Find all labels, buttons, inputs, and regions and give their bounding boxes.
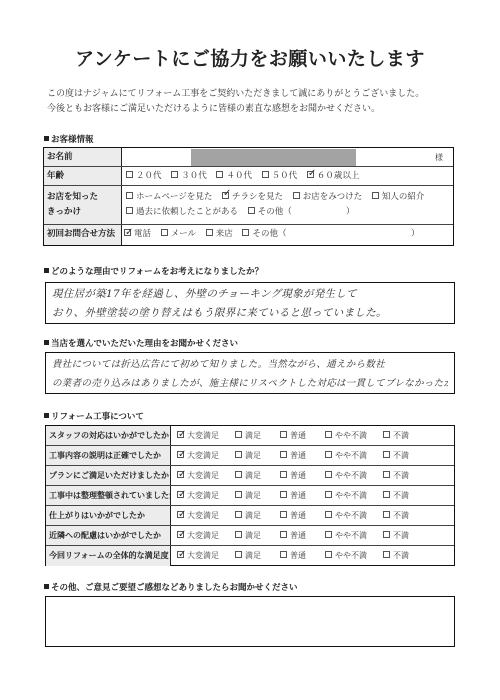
checkbox-icon[interactable] — [280, 511, 287, 518]
rating-option[interactable]: 大変満足 — [177, 446, 219, 465]
rating-row: プランにご満足いただけましたか大変満足満足普通やや不満不満 — [46, 466, 454, 486]
rating-option[interactable]: やや不満 — [325, 466, 367, 485]
checkbox-icon[interactable] — [383, 431, 390, 438]
checkbox-icon[interactable] — [383, 491, 390, 498]
rating-question: スタッフの対応はいかがでしたか — [46, 426, 171, 445]
comments-textarea[interactable] — [45, 596, 455, 647]
intro-text: この度はナジャムにてリフォーム工事をご契約いただきまして誠にありがとうございまし… — [47, 87, 424, 117]
source-label: お店を知った きっかけ — [44, 186, 122, 224]
rating-option-label: 大変満足 — [187, 551, 219, 560]
redacted-name — [191, 149, 356, 166]
rating-options: 大変満足満足普通やや不満不満 — [177, 446, 454, 465]
checkbox-icon[interactable] — [126, 207, 133, 214]
source-row: お店を知った きっかけ ホームページを見た チラシを見た お店をみつけた 知人の… — [44, 186, 453, 225]
age-option-30s[interactable]: ３０代 — [171, 167, 207, 185]
rating-option[interactable]: 大変満足 — [177, 526, 219, 545]
rating-row: スタッフの対応はいかがでしたか大変満足満足普通やや不満不満 — [46, 426, 454, 446]
reform-heading: リフォーム工事について — [44, 410, 144, 422]
rating-option[interactable]: 不満 — [383, 466, 409, 485]
intro-line-2: 今後ともお客様にご満足いただけるように皆様の素直な感想をお聞かせください。 — [47, 102, 424, 117]
source-options-line-2: 過去に依頼したことがある その他（ ） — [126, 205, 449, 220]
rating-option[interactable]: やや不満 — [325, 426, 367, 445]
checkbox-icon[interactable] — [216, 171, 223, 178]
rating-option-label: 不満 — [393, 431, 409, 440]
checkbox-icon[interactable] — [235, 531, 242, 538]
rating-options: 大変満足満足普通やや不満不満 — [177, 466, 454, 485]
checkbox-checked-icon[interactable] — [177, 551, 184, 558]
rating-option[interactable]: やや不満 — [325, 526, 367, 545]
rating-option[interactable]: 普通 — [280, 526, 306, 545]
survey-title: アンケートにご協力をお願いいたします — [0, 44, 500, 71]
intro-line-1: この度はナジャムにてリフォーム工事をご契約いただきまして誠にありがとうございまし… — [47, 87, 424, 102]
rating-row: 工事内容の説明は正確でしたか大変満足満足普通やや不満不満 — [46, 446, 454, 466]
name-row: お名前 様 — [44, 148, 453, 167]
checkbox-icon[interactable] — [372, 192, 379, 199]
rating-option-label: 不満 — [393, 511, 409, 520]
square-bullet-icon — [44, 268, 49, 273]
rating-option-label: 満足 — [245, 431, 261, 440]
rating-option[interactable]: 満足 — [235, 466, 261, 485]
source-options-line-1: ホームページを見た チラシを見た お店をみつけた 知人の紹介 — [126, 190, 449, 205]
customer-info-heading-text: お客様情報 — [51, 135, 94, 145]
square-bullet-icon — [44, 584, 49, 589]
age-label: 年齢 — [44, 167, 122, 185]
contact-option-other[interactable]: その他（ — [242, 225, 286, 244]
checkbox-icon[interactable] — [235, 471, 242, 478]
checkbox-icon[interactable] — [325, 531, 332, 538]
checkbox-icon[interactable] — [293, 192, 300, 199]
checkbox-icon[interactable] — [280, 531, 287, 538]
rating-option[interactable]: 満足 — [235, 506, 261, 525]
checkbox-checked-icon[interactable] — [177, 531, 184, 538]
age-option-60plus[interactable]: ６０歳以上 — [307, 167, 360, 185]
rating-option-label: 大変満足 — [187, 431, 219, 440]
reason-answer-box[interactable]: 現住居が築17年を経過し、外壁のチョーキング現象が発生して おり、外壁塗装の塗り… — [45, 282, 455, 324]
rating-option[interactable]: 普通 — [280, 446, 306, 465]
checkbox-icon[interactable] — [325, 551, 332, 558]
rating-option-label: 不満 — [393, 471, 409, 480]
source-option-other[interactable]: その他（ — [248, 205, 292, 220]
source-label-line-2: きっかけ — [47, 205, 121, 220]
rating-option[interactable]: 満足 — [235, 526, 261, 545]
rating-option[interactable]: 普通 — [280, 546, 306, 565]
checkbox-icon[interactable] — [262, 171, 269, 178]
choice-answer-box[interactable]: 貴社については折込広告にて初めて知りました。当然ながら、通えから数社 の業者の売… — [45, 352, 455, 394]
checkbox-checked-icon[interactable] — [177, 471, 184, 478]
rating-option-label: 満足 — [245, 471, 261, 480]
checkbox-icon[interactable] — [235, 491, 242, 498]
checkbox-icon[interactable] — [280, 431, 287, 438]
rating-option-label: やや不満 — [335, 491, 367, 500]
rating-option-label: 大変満足 — [187, 471, 219, 480]
rating-option[interactable]: 満足 — [235, 546, 261, 565]
rating-option[interactable]: やや不満 — [325, 506, 367, 525]
rating-option-label: 普通 — [290, 471, 306, 480]
reform-heading-text: リフォーム工事について — [51, 412, 144, 422]
rating-row: 今回リフォームの全体的な満足度大変満足満足普通やや不満不満 — [46, 546, 454, 566]
rating-option[interactable]: 満足 — [235, 486, 261, 505]
rating-option[interactable]: 満足 — [235, 426, 261, 445]
choice-answer-line-1: 貴社については折込広告にて初めて知りました。当然ながら、通えから数社 — [52, 355, 448, 374]
square-bullet-icon — [44, 340, 49, 345]
age-option-50s[interactable]: ５０代 — [262, 167, 298, 185]
rating-option-label: 満足 — [245, 551, 261, 560]
checkbox-icon[interactable] — [161, 229, 168, 236]
rating-question: 工事内容の説明は正確でしたか — [46, 446, 171, 465]
rating-option-label: 大変満足 — [187, 451, 219, 460]
checkbox-checked-icon[interactable] — [177, 451, 184, 458]
rating-option[interactable]: 不満 — [383, 506, 409, 525]
checkbox-icon[interactable] — [248, 207, 255, 214]
checkbox-checked-icon[interactable] — [222, 192, 229, 199]
rating-question: 近隣への配慮はいかがでしたか — [46, 526, 171, 545]
rating-option[interactable]: 不満 — [383, 486, 409, 505]
checkbox-icon[interactable] — [383, 511, 390, 518]
customer-info-heading: お客様情報 — [44, 133, 94, 145]
rating-option-label: 普通 — [290, 451, 306, 460]
checkbox-icon[interactable] — [383, 551, 390, 558]
rating-option-label: やや不満 — [335, 551, 367, 560]
checkbox-checked-icon[interactable] — [177, 431, 184, 438]
rating-option-label: 大変満足 — [187, 531, 219, 540]
rating-option-label: 普通 — [290, 511, 306, 520]
rating-option[interactable]: やや不満 — [325, 546, 367, 565]
rating-row: 仕上がりはいかがでしたか大変満足満足普通やや不満不満 — [46, 506, 454, 526]
choice-heading: 当店を選んでいただいた理由をお聞かせください — [44, 337, 238, 349]
reason-heading: どのような理由でリフォームをお考えになりましたか？ — [44, 265, 263, 277]
checkbox-icon[interactable] — [325, 491, 332, 498]
checkbox-icon[interactable] — [383, 531, 390, 538]
rating-option-label: 普通 — [290, 551, 306, 560]
contact-options: 電話 メール 来店 その他（ ） — [124, 225, 449, 245]
source-option-referral[interactable]: 知人の紹介 — [372, 190, 425, 205]
square-bullet-icon — [44, 413, 49, 418]
source-option-found-store[interactable]: お店をみつけた — [293, 190, 362, 205]
rating-option-label: 満足 — [245, 491, 261, 500]
rating-option-label: 大変満足 — [187, 491, 219, 500]
rating-option[interactable]: やや不満 — [325, 486, 367, 505]
name-field[interactable]: 様 — [126, 148, 449, 166]
reason-answer-line-1: 現住居が築17年を経過し、外壁のチョーキング現象が発生して — [52, 285, 448, 304]
comments-heading-text: その他、ご意見ご要望ご感想などありましたらお聞かせください — [51, 583, 298, 593]
reason-answer-line-2: おり、外壁塗装の塗り替えはもう限界に来ていると思っていました。 — [52, 304, 448, 323]
rating-option-label: 満足 — [245, 531, 261, 540]
name-label: お名前 — [44, 148, 122, 166]
rating-option-label: 普通 — [290, 491, 306, 500]
rating-option[interactable]: 大変満足 — [177, 466, 219, 485]
checkbox-checked-icon[interactable] — [177, 511, 184, 518]
checkbox-icon[interactable] — [280, 491, 287, 498]
source-options: ホームページを見た チラシを見た お店をみつけた 知人の紹介 過去に依頼したこと… — [126, 186, 449, 224]
source-option-homepage[interactable]: ホームページを見た — [126, 190, 212, 205]
rating-option[interactable]: 大変満足 — [177, 546, 219, 565]
choice-answer-line-2: の業者の売り込みはありましたが、施主様にリスペクトした対応は一貫してブレなかった… — [52, 374, 448, 393]
rating-option-label: 大変満足 — [187, 511, 219, 520]
age-option-40s[interactable]: ４０代 — [216, 167, 252, 185]
contact-option-visit[interactable]: 来店 — [206, 225, 233, 244]
rating-option[interactable]: 普通 — [280, 506, 306, 525]
source-option-past-client[interactable]: 過去に依頼したことがある — [126, 205, 238, 220]
checkbox-icon[interactable] — [325, 471, 332, 478]
reason-answer: 現住居が築17年を経過し、外壁のチョーキング現象が発生して おり、外壁塗装の塗り… — [46, 283, 454, 325]
reason-heading-text: どのような理由でリフォームをお考えになりましたか？ — [51, 267, 263, 277]
rating-option-label: 不満 — [393, 531, 409, 540]
rating-option[interactable]: 普通 — [280, 426, 306, 445]
checkbox-icon[interactable] — [325, 511, 332, 518]
checkbox-icon[interactable] — [171, 171, 178, 178]
rating-options: 大変満足満足普通やや不満不満 — [177, 486, 454, 505]
rating-options: 大変満足満足普通やや不満不満 — [177, 526, 454, 545]
rating-options: 大変満足満足普通やや不満不満 — [177, 426, 454, 445]
rating-option-label: 普通 — [290, 431, 306, 440]
rating-option[interactable]: 不満 — [383, 446, 409, 465]
rating-question: プランにご満足いただけましたか — [46, 466, 171, 485]
contact-row: 初回お問合せ方法 電話 メール 来店 その他（ ） — [44, 225, 453, 245]
rating-option[interactable]: 大変満足 — [177, 506, 219, 525]
checkbox-icon[interactable] — [242, 229, 249, 236]
rating-question: 仕上がりはいかがでしたか — [46, 506, 171, 525]
customer-info-table: お名前 様 年齢 ２０代 ３０代 ４０代 ５０代 ６０歳以上 お店を知った きっ… — [43, 147, 454, 246]
name-suffix: 様 — [435, 152, 443, 163]
checkbox-icon[interactable] — [126, 171, 133, 178]
age-option-20s[interactable]: ２０代 — [126, 167, 162, 185]
checkbox-icon[interactable] — [126, 192, 133, 199]
rating-option[interactable]: 普通 — [280, 486, 306, 505]
rating-option[interactable]: やや不満 — [325, 446, 367, 465]
checkbox-checked-icon[interactable] — [177, 491, 184, 498]
rating-option-label: 満足 — [245, 511, 261, 520]
rating-option-label: 不満 — [393, 551, 409, 560]
source-label-line-1: お店を知った — [47, 190, 121, 205]
rating-option-label: 普通 — [290, 531, 306, 540]
checkbox-icon[interactable] — [206, 229, 213, 236]
comments-heading: その他、ご意見ご要望ご感想などありましたらお聞かせください — [44, 581, 298, 593]
age-row: 年齢 ２０代 ３０代 ４０代 ５０代 ６０歳以上 — [44, 167, 453, 186]
choice-answer: 貴社については折込広告にて初めて知りました。当然ながら、通えから数社 の業者の売… — [46, 353, 454, 395]
contact-option-email[interactable]: メール — [161, 225, 196, 244]
age-options: ２０代 ３０代 ４０代 ５０代 ６０歳以上 — [126, 167, 449, 185]
rating-option-label: 不満 — [393, 451, 409, 460]
checkbox-icon[interactable] — [383, 471, 390, 478]
checkbox-icon[interactable] — [280, 451, 287, 458]
reform-rating-table: スタッフの対応はいかがでしたか大変満足満足普通やや不満不満工事内容の説明は正確で… — [45, 425, 455, 566]
checkbox-icon[interactable] — [325, 451, 332, 458]
contact-other-close: ） — [411, 225, 420, 244]
checkbox-icon[interactable] — [280, 551, 287, 558]
contact-label: 初回お問合せ方法 — [44, 225, 122, 245]
checkbox-icon[interactable] — [325, 431, 332, 438]
rating-option-label: やや不満 — [335, 511, 367, 520]
rating-question: 工事中は整理整頓されていましたか — [46, 486, 171, 505]
square-bullet-icon — [44, 136, 49, 141]
checkbox-icon[interactable] — [235, 451, 242, 458]
rating-option[interactable]: 不満 — [383, 426, 409, 445]
checkbox-icon[interactable] — [235, 431, 242, 438]
rating-option-label: やや不満 — [335, 431, 367, 440]
rating-row: 近隣への配慮はいかがでしたか大変満足満足普通やや不満不満 — [46, 526, 454, 546]
contact-option-phone[interactable]: 電話 — [124, 225, 151, 244]
source-other-close: ） — [346, 205, 355, 220]
rating-option[interactable]: 満足 — [235, 446, 261, 465]
rating-option[interactable]: 不満 — [383, 546, 409, 565]
rating-option[interactable]: 不満 — [383, 526, 409, 545]
rating-option-label: やや不満 — [335, 451, 367, 460]
checkbox-icon[interactable] — [280, 471, 287, 478]
rating-options: 大変満足満足普通やや不満不満 — [177, 506, 454, 525]
checkbox-checked-icon[interactable] — [307, 171, 314, 178]
rating-row: 工事中は整理整頓されていましたか大変満足満足普通やや不満不満 — [46, 486, 454, 506]
choice-heading-text: 当店を選んでいただいた理由をお聞かせください — [51, 339, 238, 349]
rating-option-label: やや不満 — [335, 531, 367, 540]
source-option-flyer[interactable]: チラシを見た — [222, 190, 283, 205]
checkbox-icon[interactable] — [383, 451, 390, 458]
checkbox-checked-icon[interactable] — [124, 229, 131, 236]
rating-option[interactable]: 普通 — [280, 466, 306, 485]
rating-option[interactable]: 大変満足 — [177, 486, 219, 505]
rating-question: 今回リフォームの全体的な満足度 — [46, 546, 171, 566]
checkbox-icon[interactable] — [235, 551, 242, 558]
rating-options: 大変満足満足普通やや不満不満 — [177, 546, 454, 566]
rating-option-label: 不満 — [393, 491, 409, 500]
checkbox-icon[interactable] — [235, 511, 242, 518]
rating-option-label: やや不満 — [335, 471, 367, 480]
rating-option-label: 満足 — [245, 451, 261, 460]
rating-option[interactable]: 大変満足 — [177, 426, 219, 445]
